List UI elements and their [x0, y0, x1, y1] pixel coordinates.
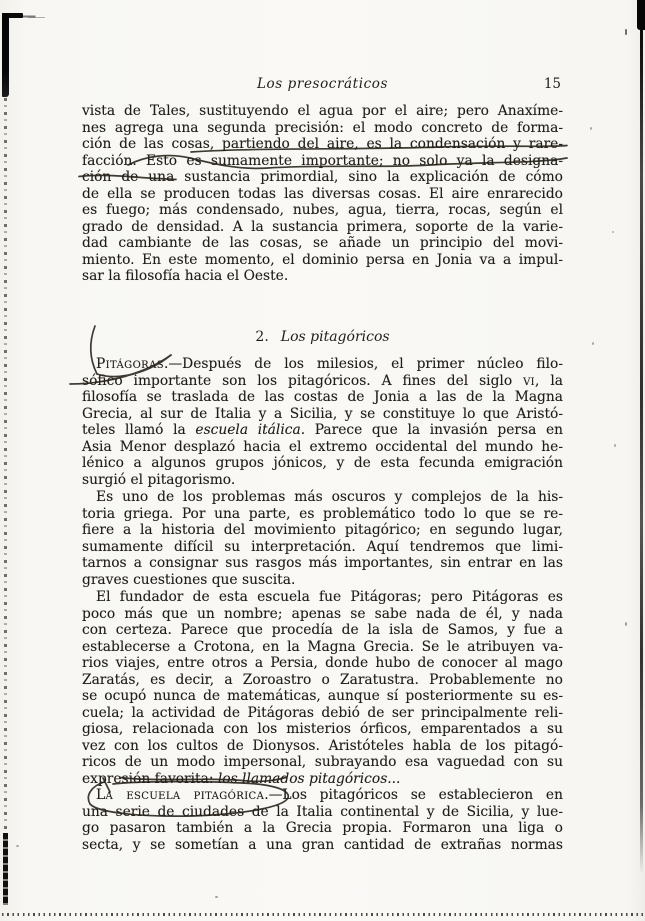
text-segment: vi	[523, 373, 535, 389]
text-line: dad cambiante de las cosas, se añade un …	[82, 235, 563, 252]
text-segment: poco más que un nombre; apenas se sabe n…	[82, 606, 563, 622]
text-line: vista de Tales, sustituyendo el agua por…	[82, 103, 563, 120]
text-line: cuela; la actividad de Pitágoras debió d…	[82, 705, 563, 722]
text-line: Zaratás, es decir, a Zoroastro o Zaratus…	[82, 672, 563, 689]
text-line: giosa, relacionada con los misterios órf…	[82, 721, 563, 738]
text-segment: secta, y se sometían a una gran cantidad…	[82, 837, 563, 853]
text-line: ricos de un modo impersonal, subrayando …	[82, 754, 563, 771]
text-line: Pitágoras.—Después de los milesios, el p…	[82, 356, 563, 373]
stray-dot	[16, 845, 19, 847]
text-line: de ella se producen todas las diversas c…	[82, 186, 563, 203]
text-line: go pasaron también a la Grecia propia. F…	[82, 820, 563, 837]
text-segment: .—Los pitagóricos se establecieron en	[264, 787, 563, 803]
text-segment: surgió el pitagorismo.	[82, 472, 235, 488]
text-segment: Zaratás, es decir, a Zoroastro o Zaratus…	[82, 672, 563, 688]
text-segment: escuela itálica	[195, 422, 300, 438]
left-dark-dash	[3, 833, 8, 905]
text-segment: . Parece que la invasión persa en	[301, 422, 563, 438]
text-segment: sumamente difícil su interpretación. Aqu…	[82, 539, 563, 555]
text-segment: .—Después de los milesios, el primer núc…	[164, 356, 563, 372]
text-segment: sar la filosofía hacia el Oeste.	[82, 268, 288, 284]
text-line: ción de las cosas, partiendo del aire, e…	[82, 136, 563, 153]
text-segment: graves cuestiones que suscita.	[82, 572, 295, 588]
right-page-edge-line	[640, 2, 643, 874]
text-line: lénico a algunos grupos jónicos, y de es…	[82, 455, 563, 472]
para-2: Pitágoras.—Después de los milesios, el p…	[82, 356, 563, 488]
bottom-dotted-tear-line	[2, 913, 643, 916]
text-line: grado de densidad. A la sustancia primer…	[82, 219, 563, 236]
text-segment: cuela; la actividad de Pitágoras debió d…	[82, 705, 563, 721]
text-segment: ción de una sustancia primordial, sino l…	[82, 169, 563, 185]
text-segment: Grecia, al sur de Italia y a Sicilia, y …	[82, 406, 563, 422]
text-segment: vez con los cultos de Dionysos. Aristóte…	[82, 738, 563, 754]
left-speckle-line	[4, 98, 7, 836]
text-segment: Pitágoras	[96, 356, 164, 372]
page-number: 15	[544, 76, 561, 92]
text-line: facción. Esto es sumamente importante; n…	[82, 153, 563, 170]
text-line: ción de una sustancia primordial, sino l…	[82, 169, 563, 186]
text-line: rios viajes, entre otros a Persia, donde…	[82, 655, 563, 672]
text-line: El fundador de esta escuela fue Pitágora…	[82, 589, 563, 606]
text-line: miento. En este momento, el dominio pers…	[82, 252, 563, 269]
running-header: Los presocráticos 15	[82, 76, 563, 94]
stray-dot	[215, 896, 218, 898]
text-line: sar la filosofía hacia el Oeste.	[82, 268, 563, 285]
text-segment: grado de densidad. A la sustancia primer…	[82, 219, 563, 235]
text-segment: La escuela pitagórica	[96, 787, 264, 803]
text-segment: dad cambiante de las cosas, se añade un …	[82, 235, 563, 251]
text-segment: giosa, relacionada con los misterios órf…	[82, 721, 563, 737]
text-segment: Es uno de los problemas más oscuros y co…	[96, 489, 563, 505]
text-segment: vista de Tales, sustituyendo el agua por…	[82, 103, 563, 119]
para-3: Es uno de los problemas más oscuros y co…	[82, 489, 563, 588]
text-line: vez con los cultos de Dionysos. Aristóte…	[82, 738, 563, 755]
margin-speck	[614, 444, 616, 447]
text-line: poco más que un nombre; apenas se sabe n…	[82, 606, 563, 623]
text-segment: se ocupó nunca de matemáticas, aunque sí…	[82, 688, 563, 704]
text-segment: teles llamó la	[82, 422, 195, 438]
text-segment: miento. En este momento, el dominio pers…	[82, 252, 563, 268]
text-line: Asia Menor desplazó hacia el extremo occ…	[82, 439, 563, 456]
text-line: Es uno de los problemas más oscuros y co…	[82, 489, 563, 506]
text-segment: sófico importante son los pitagóricos. A…	[82, 373, 523, 389]
text-line: surgió el pitagorismo.	[82, 472, 563, 489]
text-line: una serie de ciudades de la Italia conti…	[82, 804, 563, 821]
text-line: graves cuestiones que suscita.	[82, 572, 563, 589]
text-segment: una serie de ciudades de la Italia conti…	[82, 804, 563, 820]
text-line: es fuego; más condensado, nubes, agua, t…	[82, 202, 563, 219]
text-line: tarnos a consignar sus rasgos más import…	[82, 555, 563, 572]
text-segment: Asia Menor desplazó hacia el extremo occ…	[82, 439, 563, 455]
text-segment: establecerse a Crotona, en la Magna Grec…	[82, 639, 563, 655]
text-segment: es fuego; más condensado, nubes, agua, t…	[82, 202, 563, 218]
text-line: se ocupó nunca de matemáticas, aunque sí…	[82, 688, 563, 705]
text-segment: , la	[535, 373, 563, 389]
text-segment: ción de las cosas, partiendo del aire, e…	[82, 136, 563, 152]
text-line: con certeza. Parece que procedía de la i…	[82, 622, 563, 639]
text-line: Grecia, al sur de Italia y a Sicilia, y …	[82, 406, 563, 423]
text-segment: go pasaron también a la Grecia propia. F…	[82, 820, 563, 836]
text-line: sófico importante son los pitagóricos. A…	[82, 373, 563, 390]
margin-speck	[592, 342, 594, 345]
text-segment: tarnos a consignar sus rasgos más import…	[82, 555, 563, 571]
text-segment: fiere a la historia del movimiento pitag…	[82, 522, 563, 538]
text-line: expresión favorita: los llamados pitagór…	[82, 771, 563, 788]
section-heading: 2.Los pitagóricos	[82, 329, 563, 345]
text-segment: con certeza. Parece que procedía de la i…	[82, 622, 563, 638]
text-segment: El fundador de esta escuela fue Pitágora…	[96, 589, 563, 605]
margin-speck	[590, 127, 592, 130]
text-segment: toria griega. Por una parte, es problemá…	[82, 506, 563, 522]
text-line: fiere a la historia del movimiento pitag…	[82, 522, 563, 539]
text-line: teles llamó la escuela itálica. Parece q…	[82, 422, 563, 439]
para-1: vista de Tales, sustituyendo el agua por…	[82, 103, 563, 285]
para-5: La escuela pitagórica.—Los pitagóricos s…	[82, 787, 563, 853]
margin-speck	[625, 622, 627, 626]
text-line: sumamente difícil su interpretación. Aqu…	[82, 539, 563, 556]
text-segment: facción. Esto es sumamente importante; n…	[82, 153, 563, 169]
text-segment: nes agrega una segunda precisión: el mod…	[82, 120, 563, 136]
text-line: filosofía se traslada de las costas de J…	[82, 389, 563, 406]
para-4: El fundador de esta escuela fue Pitágora…	[82, 589, 563, 787]
scanned-book-page: Los presocráticos 15 2.Los pitagóricos v…	[0, 0, 645, 921]
text-line: nes agrega una segunda precisión: el mod…	[82, 120, 563, 137]
section-number: 2.	[255, 329, 268, 345]
text-line: La escuela pitagórica.—Los pitagóricos s…	[82, 787, 563, 804]
text-segment: filosofía se traslada de las costas de J…	[82, 389, 563, 405]
top-left-binding-mark-vertical	[2, 13, 9, 97]
top-right-corner-mark	[637, 0, 645, 30]
text-line: toria griega. Por una parte, es problemá…	[82, 506, 563, 523]
text-segment: lénico a algunos grupos jónicos, y de es…	[82, 455, 563, 471]
text-line: establecerse a Crotona, en la Magna Grec…	[82, 639, 563, 656]
text-line: secta, y se sometían a una gran cantidad…	[82, 837, 563, 854]
text-segment: de ella se producen todas las diversas c…	[82, 186, 563, 202]
section-title: Los pitagóricos	[281, 329, 390, 345]
text-segment: los llamados pitagóricos...	[218, 771, 401, 787]
text-segment: rios viajes, entre otros a Persia, donde…	[82, 655, 563, 671]
text-segment: ricos de un modo impersonal, subrayando …	[82, 754, 563, 770]
margin-speck	[612, 231, 614, 233]
margin-speck	[625, 29, 627, 35]
page-title: Los presocráticos	[82, 76, 563, 92]
text-segment: expresión favorita:	[82, 771, 218, 787]
